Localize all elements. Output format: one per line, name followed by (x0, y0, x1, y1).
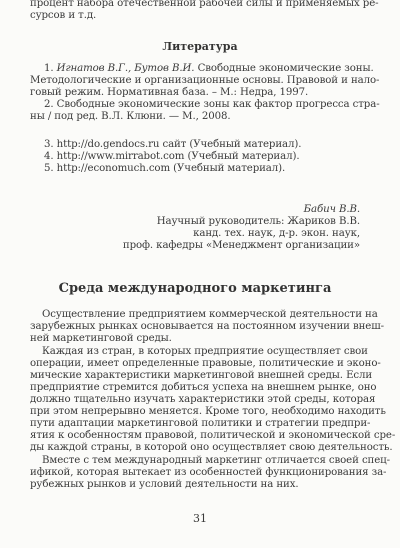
text-line: предприятие стремится добиться успеха на… (30, 382, 360, 394)
reference-item-3: 3. http://do.gendocs.ru сайт (Учебный ма… (44, 139, 374, 151)
reference-item-4: 4. http://www.mirrabot.com (Учебный мате… (44, 151, 374, 163)
text-line: ды каждой страны, в которой оно осуществ… (30, 442, 360, 454)
text-line: Каждая из стран, в которых предприятие о… (42, 346, 360, 358)
reference-item-5: 5. http://economuch.com (Учебный материа… (44, 163, 374, 175)
page-number: 31 (0, 512, 400, 525)
text-line: Вместе с тем международный маркетинг отл… (42, 455, 360, 467)
reference-number: 2. (44, 99, 54, 110)
reference-link: http://do.gendocs.ru сайт (Учебный матер… (57, 139, 302, 150)
text-line: рубежных рынков и условий деятельности н… (30, 479, 360, 491)
text-line: пути адаптации маркетинговой политики и … (30, 418, 360, 430)
text-line: зарубежных рынках основывается на постоя… (30, 321, 360, 333)
reference-number: 1. (44, 63, 54, 74)
author-name: Бабич В.В. (30, 204, 360, 216)
section-heading: Среда международного маркетинга (0, 281, 395, 296)
reference-title: Свободные экономические зоны как фактор … (57, 99, 380, 110)
reference-link: http://www.mirrabot.com (Учебный материа… (57, 151, 300, 162)
text-line: сурсов и т.д. (30, 10, 360, 22)
advisor-degree: канд. тех. наук, д-р. экон. наук, (30, 228, 360, 240)
text-line: говый режим. Нормативная база. – М.: Нед… (30, 87, 360, 99)
reference-number: 3. (44, 139, 54, 150)
reference-number: 5. (44, 163, 54, 174)
reference-link: http://economuch.com (Учебный материал). (57, 163, 286, 174)
text-line: ификой, которая вытекает из особенностей… (30, 467, 360, 479)
text-line: ятия к особенностям правовой, политическ… (30, 430, 360, 442)
book-page: процент набора отечественной рабочей сил… (0, 0, 400, 548)
text-line: Методологические и организационные основ… (30, 75, 360, 87)
reference-number: 4. (44, 151, 54, 162)
advisor: Научный руководитель: Жариков В.В. (30, 216, 360, 228)
text-line: мические характеристики маркетинговой вн… (30, 370, 360, 382)
reference-authors: Игнатов В.Г., Бутов В.И. (57, 63, 195, 74)
literature-heading: Литература (0, 40, 400, 53)
reference-item-2: 2. Свободные экономические зоны как факт… (44, 99, 360, 111)
text-line: операции, имеет определенные правовые, п… (30, 358, 360, 370)
text-line: при этом непрерывно меняется. Кроме того… (30, 406, 360, 418)
text-line: ней маркетинговой среды. (30, 333, 360, 345)
text-line: процент набора отечественной рабочей сил… (30, 0, 360, 10)
reference-item-1: 1. Игнатов В.Г., Бутов В.И. Свободные эк… (44, 63, 360, 75)
advisor-position: проф. кафедры «Менеджмент организации» (30, 240, 360, 252)
reference-title: Свободные экономические зоны. (198, 63, 374, 74)
text-line: ны / под ред. В.Л. Клюни. — М., 2008. (30, 111, 360, 123)
text-line: должно тщательно изучать характеристики … (30, 394, 360, 406)
text-line: Осуществление предприятием коммерческой … (42, 309, 360, 321)
